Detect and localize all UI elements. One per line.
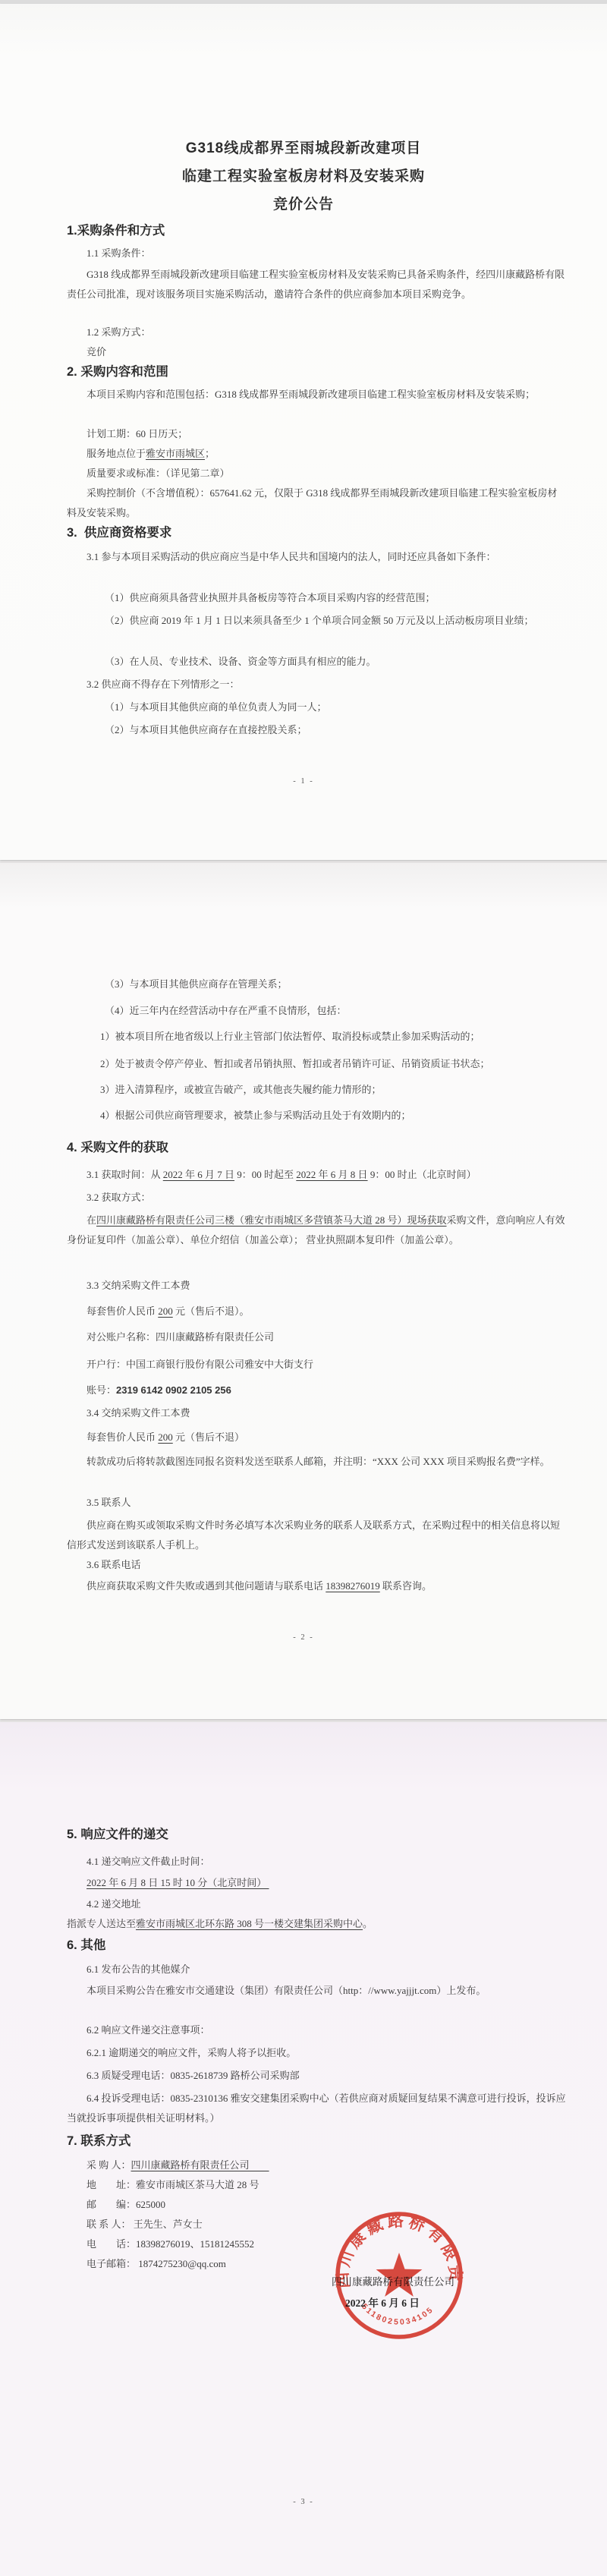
email-row: 电子邮箱： 1874275230@qq.com <box>67 2254 566 2274</box>
section-4-heading: 4. 采购文件的获取 <box>67 1138 566 1157</box>
contact-person-label: 3.5 联系人 <box>67 1493 566 1513</box>
page-3-footer: - 3 - <box>0 2493 607 2512</box>
postcode-row: 邮 编：625000 <box>67 2195 566 2215</box>
account-name-text: 对公账户名称：四川康藏路桥有限责任公司 <box>67 1327 566 1347</box>
page-1: G318线成都界至雨城段新改建项目 临建工程实验室板房材料及安装采购 竞价公告 … <box>0 4 607 860</box>
deadline-label: 4.1 递交响应文件截止时间： <box>67 1852 566 1872</box>
clause-1-1-text: G318 线成都界至雨城段新改建项目临建工程实验室板房材料及安装采购已具备采购条… <box>67 265 566 304</box>
bad-record-item-4: 4）根据公司供应商管理要求，被禁止参与采购活动且处于有效期内的； <box>67 1106 566 1126</box>
other-media-label: 6.1 发布公告的其他媒介 <box>67 1960 566 1979</box>
svg-text:5118025034105: 5118025034105 <box>360 2302 436 2327</box>
seal-star-icon <box>376 2253 423 2297</box>
contact-phone-text: 供应商获取采购文件失败或遇到其他问题请与联系电话 18398276019 联系咨… <box>67 1576 566 1596</box>
contact-person-text: 供应商在购买或领取采购文件时务必填写本次采购业务的联系人及联系方式，在采购过程中… <box>67 1516 566 1555</box>
page-2: （3）与本项目其他供应商存在管理关系； （4）近三年内在经营活动中存在严重不良情… <box>0 863 607 1719</box>
doc-title-line-3: 竞价公告 <box>0 195 607 215</box>
inquiry-phone-text: 6.3 质疑受理电话：0835-2618739 路桥公司采购部 <box>67 2066 566 2086</box>
address-row: 地 址：雅安市雨城区茶马大道 28 号 <box>67 2175 566 2195</box>
qualification-item-2: （2）供应商 2019 年 1 月 1 日以来须具备至少 1 个单项合同金额 5… <box>67 611 566 631</box>
account-number: 2319 6142 0902 2105 256 <box>116 1384 231 1396</box>
clause-1-2-label: 1.2 采购方式： <box>67 323 566 342</box>
obtain-time-text: 3.1 获取时间：从 2022 年 6 月 7 日 9：00 时起至 2022 … <box>67 1165 566 1185</box>
duration-text: 计划工期：60 日历天； <box>67 424 566 444</box>
company-seal-stamp: 四川康藏路桥有限责任公司 5118025034105 <box>332 2209 466 2342</box>
service-location-text: 服务地点位于雅安市雨城区； <box>67 444 566 464</box>
doc-title-line-2: 临建工程实验室板房材料及安装采购 <box>0 167 607 187</box>
submit-address-label: 4.2 递交地址 <box>67 1894 566 1914</box>
restriction-item-3: （3）与本项目其他供应商存在管理关系； <box>67 975 566 994</box>
phone-row: 电 话：18398276019、15181245552 <box>67 2234 566 2254</box>
clause-1-1-label: 1.1 采购条件： <box>67 244 566 263</box>
obtain-method-label: 3.2 获取方式： <box>67 1188 566 1208</box>
section-6-heading: 6. 其他 <box>67 1935 566 1955</box>
page-3: 5. 响应文件的递交 4.1 递交响应文件截止时间： 2022 年 6 月 8 … <box>0 1722 607 2576</box>
restriction-item-2: （2）与本项目其他供应商存在直接控股关系； <box>67 720 566 740</box>
section-1-heading: 1.采购条件和方式 <box>67 221 566 241</box>
other-media-text: 本项目采购公告在雅安市交通建设（集团）有限责任公司（http：//www.yaj… <box>67 1981 566 2001</box>
doc-fee-label-2: 3.4 交纳采购文件工本费 <box>67 1403 566 1423</box>
bad-record-item-3: 3）进入清算程序，或被宣告破产，或其他丧失履约能力情形的； <box>67 1080 566 1100</box>
clause-3-1-text: 3.1 参与本项目采购活动的供应商应当是中华人民共和国境内的法人，同时还应具备如… <box>67 547 566 567</box>
submit-notes-label: 6.2 响应文件递交注意事项： <box>67 2020 566 2040</box>
obtain-method-text: 在四川康藏路桥有限责任公司三楼（雅安市雨城区多营镇茶马大道 28 号）现场获取采… <box>67 1211 566 1250</box>
section-5-heading: 5. 响应文件的递交 <box>67 1825 566 1844</box>
contact-phone-label: 3.6 联系电话 <box>67 1555 566 1575</box>
complaint-phone-text: 6.4 投诉受理电话：0835-2310136 雅安交建集团采购中心（若供应商对… <box>67 2089 566 2128</box>
contact-name-row: 联 系 人： 王先生、芦女士 <box>67 2215 566 2234</box>
bad-record-item-2: 2）处于被责令停产停业、暂扣或者吊销执照、暂扣或者吊销许可证、吊销资质证书状态； <box>67 1054 566 1074</box>
page-2-footer: - 2 - <box>0 1628 607 1648</box>
late-rejection-text: 6.2.1 逾期递交的响应文件，采购人将予以拒收。 <box>67 2043 566 2063</box>
clause-3-2-label: 3.2 供应商不得存在下列情形之一： <box>67 675 566 694</box>
document-canvas: G318线成都界至雨城段新改建项目 临建工程实验室板房材料及安装采购 竞价公告 … <box>0 0 607 2576</box>
section-7-heading: 7. 联系方式 <box>67 2131 566 2151</box>
quality-text: 质量要求或标准：（详见第二章） <box>67 464 566 483</box>
section-3-heading: 3. 供应商资格要求 <box>67 523 566 543</box>
restriction-item-1: （1）与本项目其他供应商的单位负责人为同一人； <box>67 698 566 717</box>
submit-address-text: 指派专人送达至雅安市雨城区北环东路 308 号一楼交建集团采购中心。 <box>67 1914 566 1934</box>
scope-text: 本项目采购内容和范围包括：G318 线成都界至雨城段新改建项目临建工程实验室板房… <box>67 385 566 405</box>
deadline-value: 2022 年 6 月 8 日 15 时 10 分（北京时间） <box>67 1873 566 1893</box>
clause-1-2-value: 竞价 <box>67 342 566 362</box>
doc-title-line-1: G318线成都界至雨城段新改建项目 <box>0 139 607 159</box>
transfer-note-text: 转款成功后将转款截图连同报名资料发送至联系人邮箱，并注明：“XXX 公司 XXX… <box>67 1452 566 1472</box>
doc-fee-text-1: 每套售价人民币 200 元（售后不退）。 <box>67 1302 566 1321</box>
doc-fee-text-2: 每套售价人民币 200 元（售后不退） <box>67 1428 566 1447</box>
restriction-item-4: （4）近三年内在经营活动中存在严重不良情形，包括： <box>67 1001 566 1021</box>
page-1-footer: - 1 - <box>0 772 607 792</box>
qualification-item-1: （1）供应商须具备营业执照并具备板房等符合本项目采购内容的经营范围； <box>67 588 566 608</box>
section-2-heading: 2. 采购内容和范围 <box>67 362 566 382</box>
control-price-text: 采购控制价（不含增值税）：657641.62 元，仅限于 G318 线成都界至雨… <box>67 483 566 523</box>
doc-fee-label-1: 3.3 交纳采购文件工本费 <box>67 1276 566 1296</box>
bad-record-item-1: 1）被本项目所在地省级以上行业主管部门依法暂停、取消投标或禁止参加采购活动的； <box>67 1027 566 1047</box>
bank-text: 开户行：中国工商银行股份有限公司雅安中大街支行 <box>67 1355 566 1375</box>
purchaser-row: 采 购 人：四川康藏路桥有限责任公司 <box>67 2156 566 2175</box>
qualification-item-3: （3）在人员、专业技术、设备、资金等方面具有相应的能力。 <box>67 652 566 672</box>
account-number-text: 账号：2319 6142 0902 2105 256 <box>67 1381 566 1400</box>
seal-serial-number: 5118025034105 <box>360 2302 436 2327</box>
